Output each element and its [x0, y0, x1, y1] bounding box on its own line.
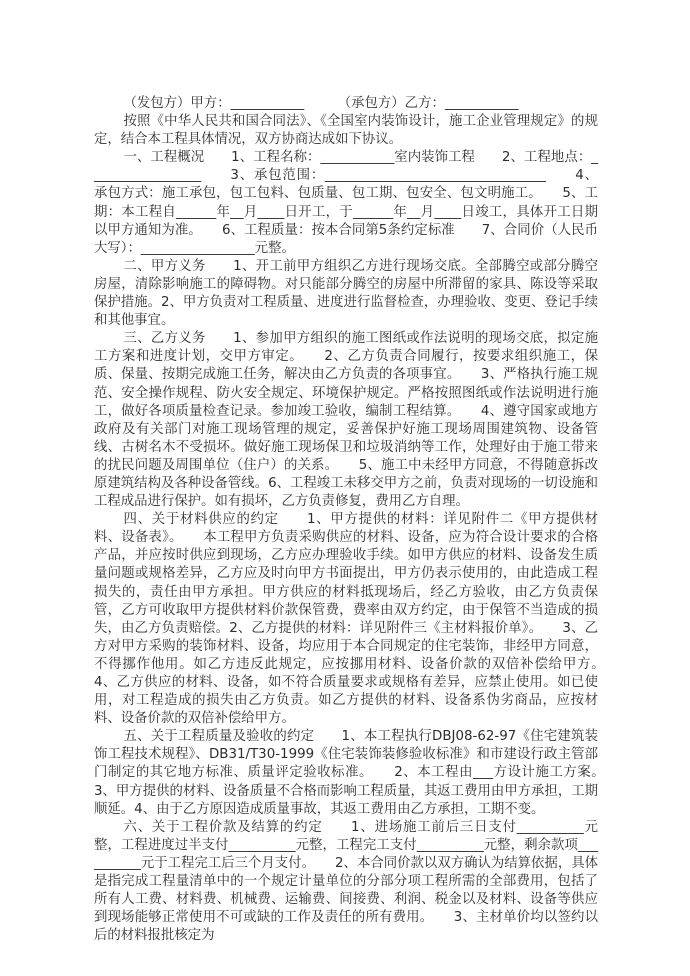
document-page: （发包方）甲方：___________ （承包方）乙方：___________ …	[0, 0, 690, 976]
contract-section-material-supply: 四、关于材料供应的约定 1、甲方提供的材料：详见附件二《甲方提供材料、设备表》。…	[94, 511, 598, 728]
contract-section-party-a-obligations: 二、甲方义务 1、开工前甲方组织乙方进行现场交底。全部腾空或部分腾空房屋，清除影…	[94, 258, 598, 330]
contract-section-payment-settlement: 六、关于工程价款及结算的约定 1、进场施工前后三日支付__________元整，…	[94, 819, 598, 946]
contract-parties-line: （发包方）甲方：___________ （承包方）乙方：___________	[94, 95, 598, 113]
contract-preamble: 按照《中华人民共和国合同法》、《全国室内装饰设计，施工企业管理规定》的规定，结合…	[94, 113, 598, 149]
contract-section-project-overview: 一、工程概况 1、工程名称：___________室内装饰工程 2、工程地点：_…	[94, 149, 598, 258]
contract-section-quality-acceptance: 五、关于工程质量及验收的约定 1、本工程执行DBJ08-62-97《住宅建筑装饰…	[94, 728, 598, 818]
contract-text-body: （发包方）甲方：___________ （承包方）乙方：___________ …	[94, 95, 598, 945]
contract-section-party-b-obligations: 三、乙方义务 1、参加甲方组织的施工图纸或作法说明的现场交底，拟定施工方案和进度…	[94, 330, 598, 511]
